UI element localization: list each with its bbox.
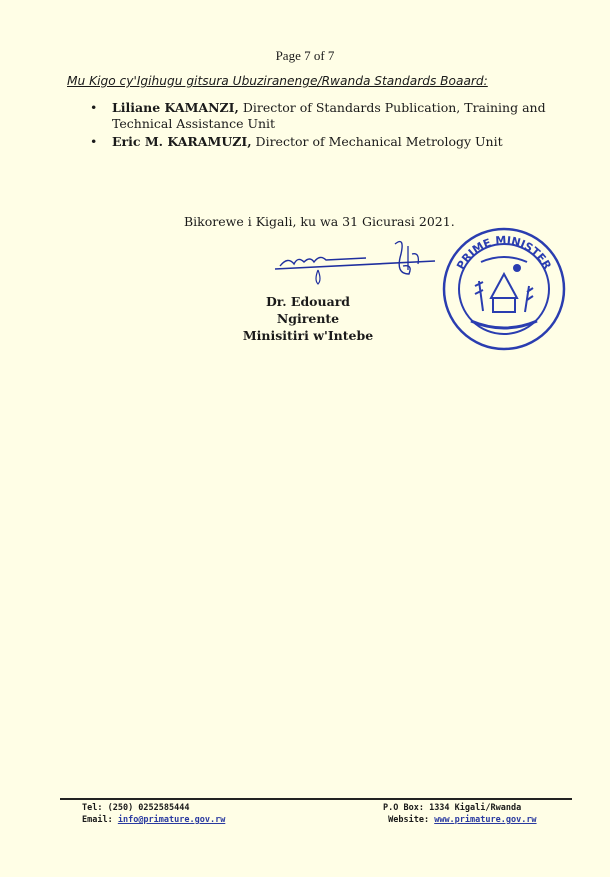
signer-title: Minisitiri w'Intebe [238,327,378,344]
website-label: Website: [388,815,429,825]
signer-block: Dr. Edouard Ngirente Minisitiri w'Intebe [238,293,378,344]
tel-label: Tel: [82,803,102,813]
place-date: Bikorewe i Kigali, ku wa 31 Gicurasi 202… [184,214,455,229]
tel-value: (250) 0252585444 [102,803,189,813]
member-list: Liliane KAMANZI, Director of Standards P… [90,100,580,152]
section-title: Mu Kigo cy'Igihugu gitsura Ubuziranenge/… [67,74,488,88]
pobox-label: P.O Box: [383,803,424,813]
website-link[interactable]: www.primature.gov.rw [434,815,536,825]
footer-contact: Tel: (250) 0252585444 Email: info@primat… [82,802,225,826]
list-item: Liliane KAMANZI, Director of Standards P… [90,100,580,132]
email-label: Email: [82,815,113,825]
member-role: Director of Mechanical Metrology Unit [252,134,503,149]
prime-minister-seal-icon: PRIME MINISTER [441,226,567,356]
list-item: Eric M. KARAMUZI, Director of Mechanical… [90,134,580,150]
footer-address: P.O Box: 1334 Kigali/Rwanda Website: www… [383,802,537,826]
email-link[interactable]: info@primature.gov.rw [118,815,225,825]
signature-icon [270,236,440,290]
pobox-value: 1334 Kigali/Rwanda [424,803,521,813]
signer-name: Dr. Edouard Ngirente [238,293,378,327]
member-name: Liliane KAMANZI, [112,100,239,115]
footer-divider [60,798,572,800]
member-name: Eric M. KARAMUZI, [112,134,252,149]
page-number: Page 7 of 7 [0,48,610,64]
